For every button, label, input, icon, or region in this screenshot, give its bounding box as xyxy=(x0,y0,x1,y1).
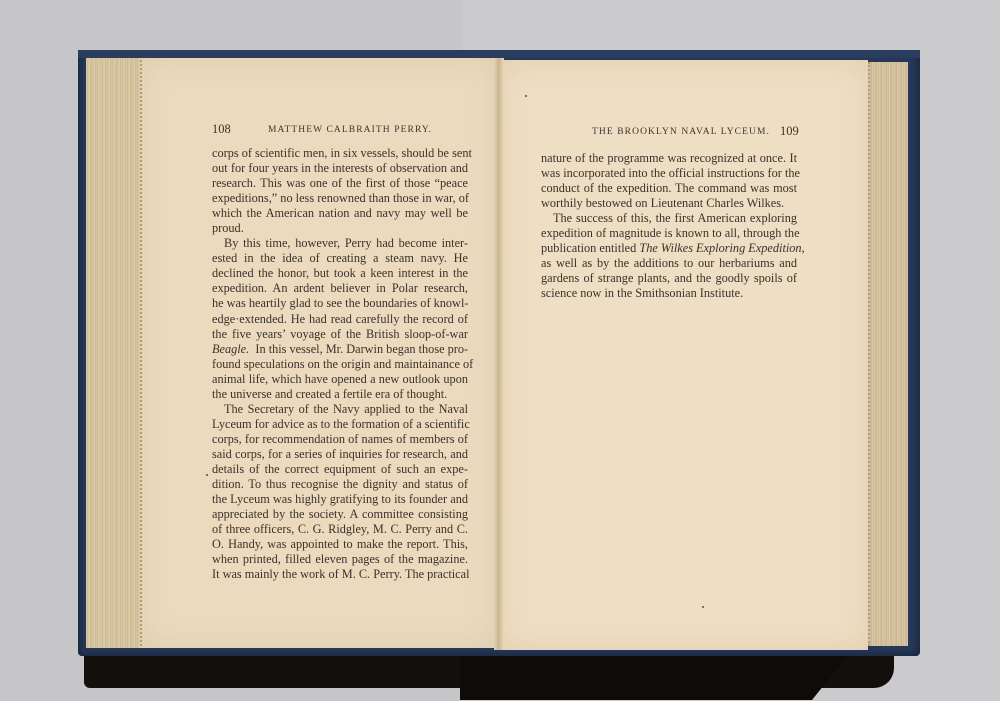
page-number-right: 109 xyxy=(780,124,799,139)
text-fragment: publication entitled xyxy=(541,241,636,255)
text-line: as well as by the additions to our herba… xyxy=(541,256,797,271)
text-line: worthily bestowed on Lieutenant Charles … xyxy=(541,196,797,211)
text-line: said corps, for a series of inquiries fo… xyxy=(212,447,468,462)
text-line: publication entitled The Wilkes Explorin… xyxy=(541,241,797,256)
deckle-edge-right xyxy=(862,62,870,646)
text-line: expedition. An ardent believer in Polar … xyxy=(212,281,468,296)
text-line: gardens of strange plants, and the goodl… xyxy=(541,271,797,286)
page-stack-left xyxy=(86,58,146,648)
text-line: was incorporated into the official instr… xyxy=(541,166,797,181)
text-line: the universe and created a fertile era o… xyxy=(212,387,468,402)
right-page-text: nature of the programme was recognized a… xyxy=(541,151,797,301)
text-line: conduct of the expedition. The command w… xyxy=(541,181,797,196)
text-line: By this time, however, Perry had become … xyxy=(212,236,468,251)
text-line: ested in the idea of creating a steam na… xyxy=(212,251,468,266)
paper-speck xyxy=(425,557,427,559)
text-line: the Lyceum was highly gratifying to its … xyxy=(212,492,468,507)
text-line: nature of the programme was recognized a… xyxy=(541,151,797,166)
deckle-edge-left xyxy=(140,60,148,646)
text-line: details of the correct equipment of such… xyxy=(212,462,468,477)
text-line: corps of scientific men, in six vessels,… xyxy=(212,146,468,161)
text-line: corps, for recommendation of names of me… xyxy=(212,432,468,447)
text-line: research. This was one of the first of t… xyxy=(212,176,468,191)
book-gutter xyxy=(494,58,504,650)
running-head-right: THE BROOKLYN NAVAL LYCEUM. xyxy=(592,127,770,137)
page-stack-right xyxy=(866,62,908,646)
italic-ship-name: Beagle. xyxy=(212,342,249,356)
page-number-left: 108 xyxy=(212,122,231,137)
text-line: found speculations on the origin and mai… xyxy=(212,357,468,372)
text-line: science now in the Smithsonian Institute… xyxy=(541,286,797,301)
text-line: The Secretary of the Navy applied to the… xyxy=(212,402,468,417)
left-page-text: corps of scientific men, in six vessels,… xyxy=(212,146,468,582)
text-line: which the American nation and navy may w… xyxy=(212,206,468,221)
text-line: dition. To thus recognise the dignity an… xyxy=(212,477,468,492)
text-line: Beagle. In this vessel, Mr. Darwin began… xyxy=(212,342,468,357)
text-line: expedition of magnitude is known to all,… xyxy=(541,226,797,241)
text-line: he was heartily glad to see the boundari… xyxy=(212,296,468,311)
text-line: out for four years in the interests of o… xyxy=(212,161,468,176)
paper-speck xyxy=(702,606,704,608)
text-line: Lyceum for advice as to the formation of… xyxy=(212,417,468,432)
italic-publication-title: The Wilkes Exploring Expedition, xyxy=(639,241,804,255)
paper-speck xyxy=(525,95,527,97)
book-cover-top-edge xyxy=(78,50,920,58)
paper-speck xyxy=(206,474,208,476)
text-line: the five years’ voyage of the British sl… xyxy=(212,327,468,342)
text-line: when printed, filled eleven pages of the… xyxy=(212,552,468,567)
text-line: edge·extended. He had read carefully the… xyxy=(212,312,468,327)
text-line: proud. xyxy=(212,221,468,236)
text-fragment: In this vessel, Mr. Darwin began those p… xyxy=(255,342,468,356)
running-head-left: MATTHEW CALBRAITH PERRY. xyxy=(268,125,432,135)
text-line: It was mainly the work of M. C. Perry. T… xyxy=(212,567,468,582)
text-line: The success of this, the first American … xyxy=(541,211,797,226)
text-line: of three officers, C. G. Ridgley, M. C. … xyxy=(212,522,468,537)
text-line: O. Handy, was appointed to make the repo… xyxy=(212,537,468,552)
text-line: declined the honor, but took a keen inte… xyxy=(212,266,468,281)
text-line: appreciated by the society. A committee … xyxy=(212,507,468,522)
right-page xyxy=(500,60,868,650)
text-line: expeditions,” no less renowned than thos… xyxy=(212,191,468,206)
text-line: animal life, which have opened a new out… xyxy=(212,372,468,387)
